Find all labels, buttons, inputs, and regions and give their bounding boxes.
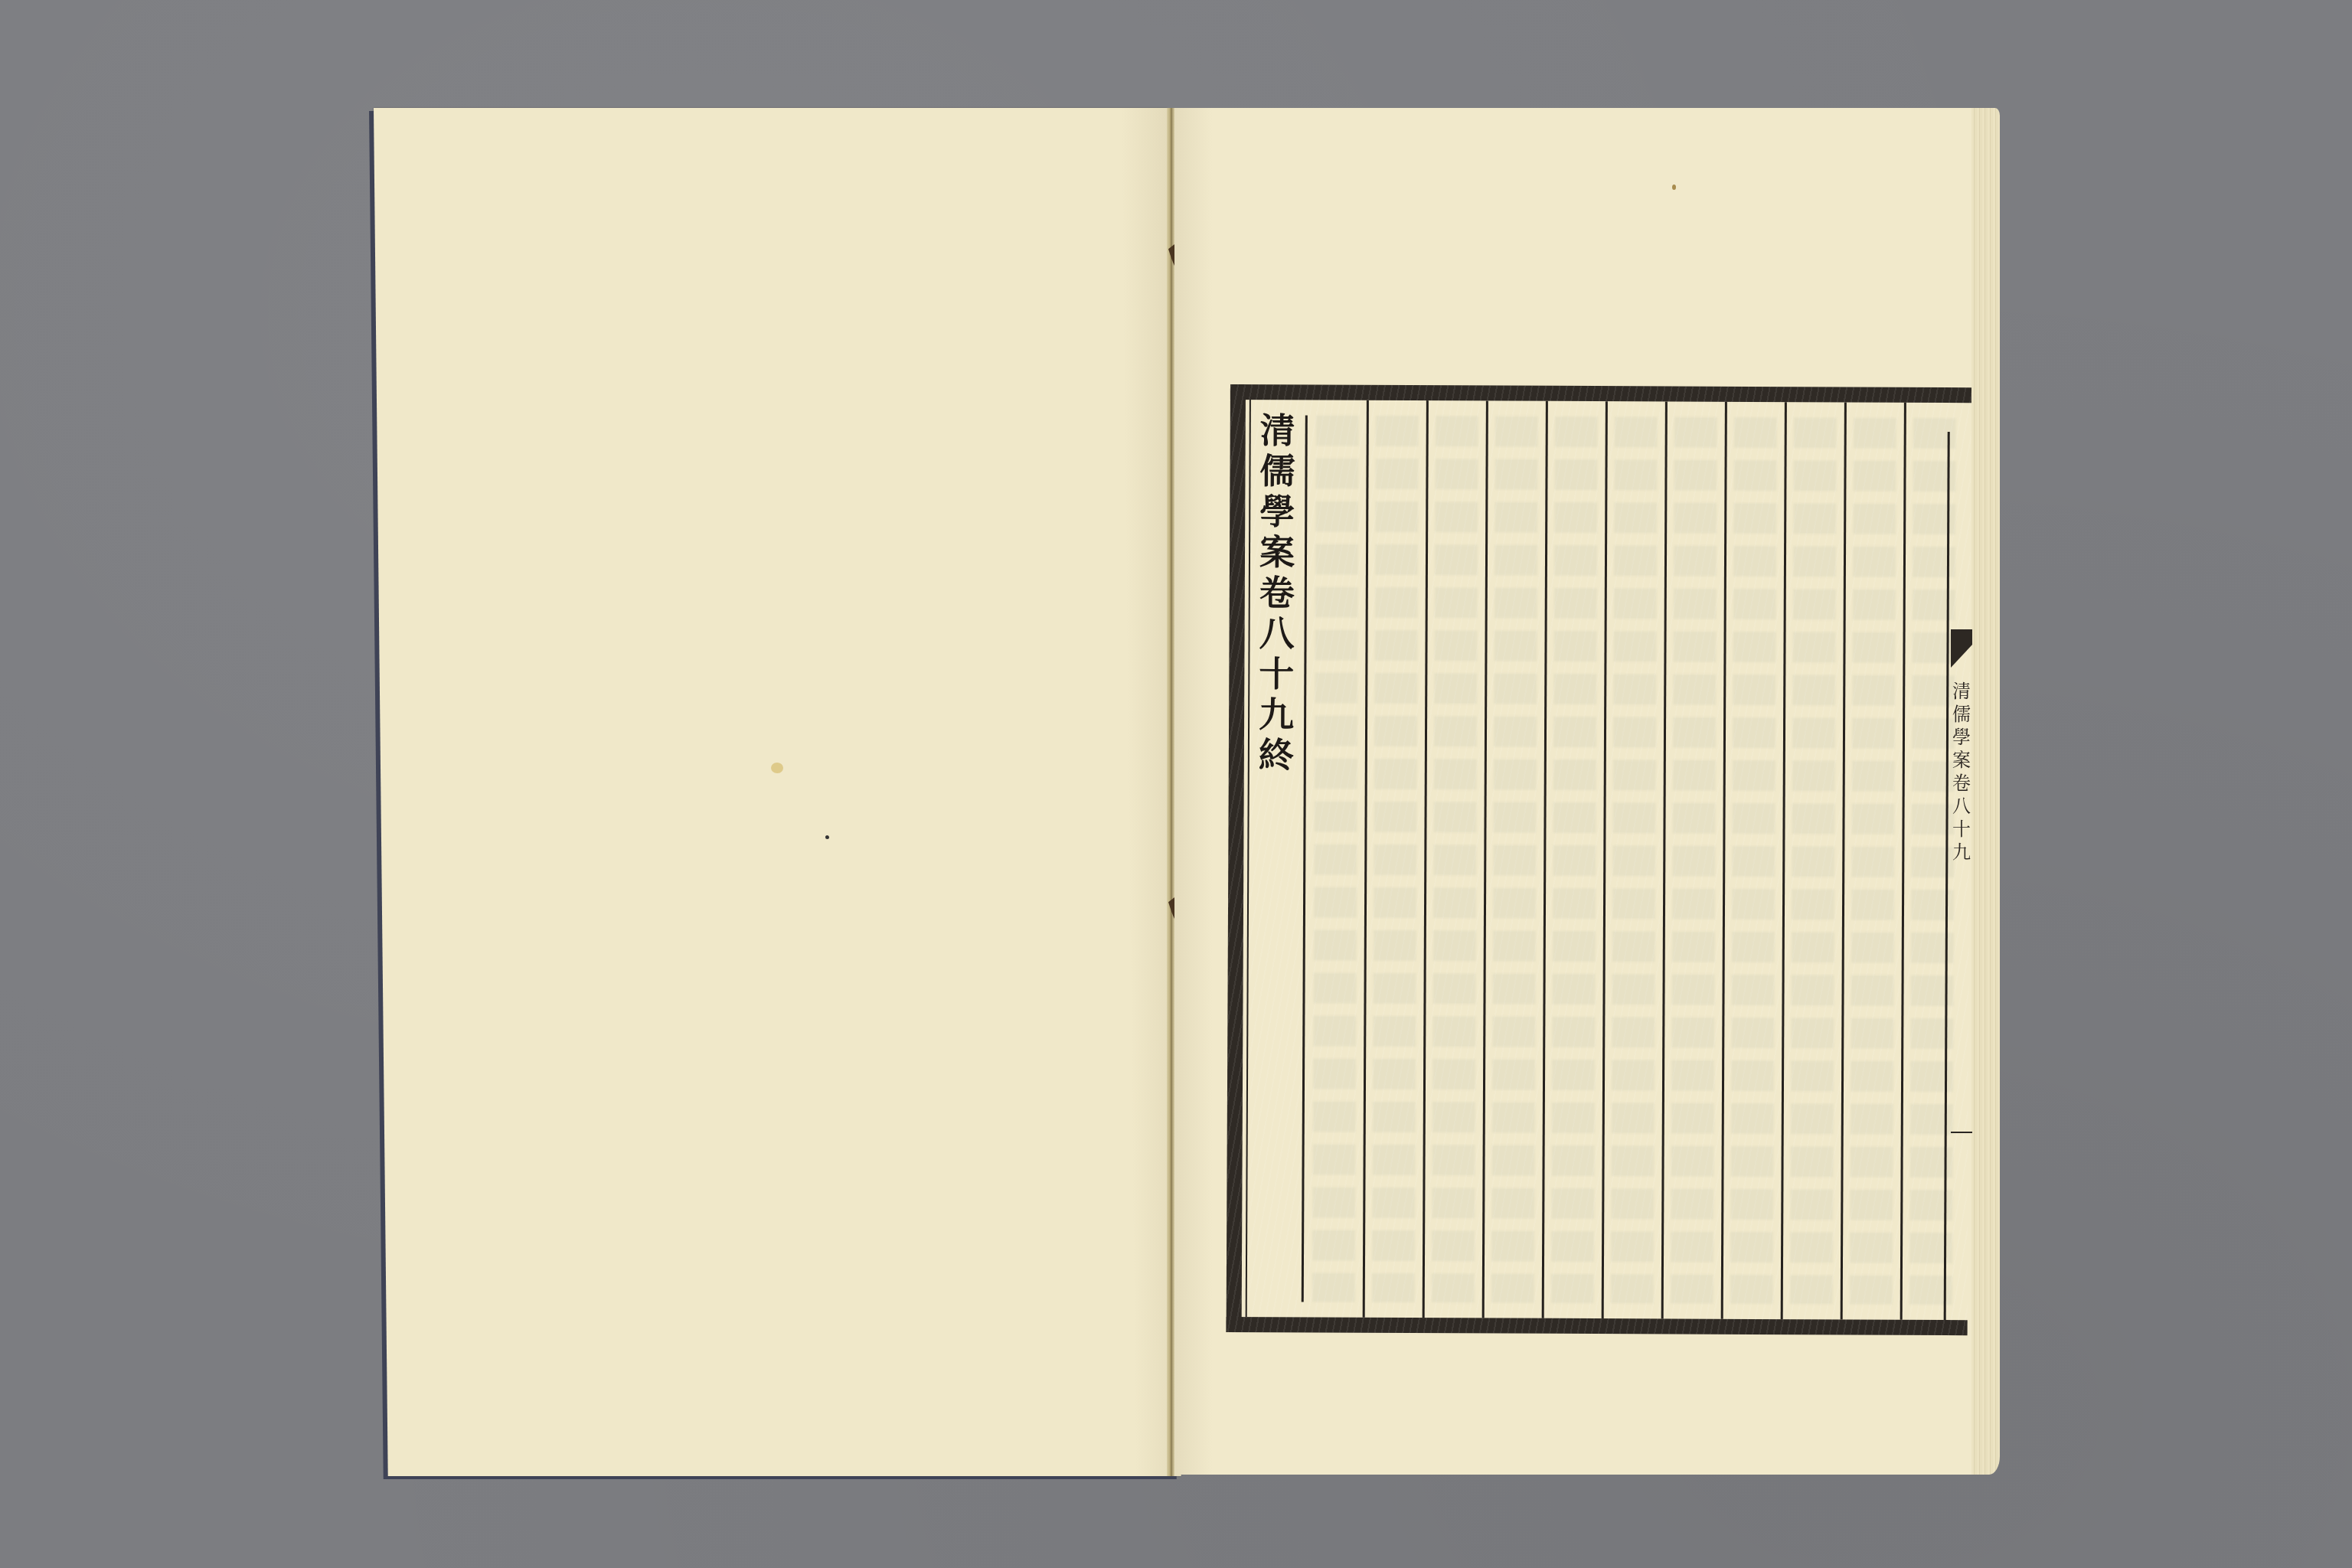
paper-speck: [1672, 185, 1676, 190]
show-through-text: [1491, 416, 1538, 1303]
banxin-char: 案: [1952, 749, 1971, 772]
column-rule: [1302, 415, 1308, 1302]
title-char: 清: [1260, 410, 1295, 451]
show-through-text: [1790, 417, 1837, 1304]
banxin-char: 八: [1952, 795, 1971, 818]
column-rule: [1542, 401, 1548, 1318]
banxin-char: 卷: [1952, 772, 1971, 795]
column-rule: [1423, 400, 1429, 1318]
banxin-lower-mark: [1951, 1112, 1972, 1133]
show-through-text: [1551, 416, 1598, 1303]
book-gutter: [1167, 108, 1174, 1476]
column-rule: [1721, 402, 1727, 1319]
column-rule: [1841, 402, 1847, 1319]
column-rule: [1781, 402, 1787, 1319]
column-rule: [1246, 400, 1251, 1317]
title-char: 卷: [1259, 573, 1295, 613]
left-page: [374, 108, 1181, 1476]
title-char: 儒: [1259, 451, 1295, 492]
paper-speck: [825, 835, 829, 839]
printed-frame: 清 儒 學 案 卷 八 十 九 終: [1227, 384, 1971, 1335]
volume-end-title: 清 儒 學 案 卷 八 十 九 終: [1253, 410, 1301, 776]
column-rule: [1900, 403, 1906, 1320]
column-rule: [1363, 400, 1369, 1318]
show-through-text: [1372, 416, 1419, 1302]
banxin-char: 學: [1952, 726, 1971, 749]
banxin-char: 十: [1952, 818, 1971, 841]
banxin-title: 清 儒 學 案 卷 八 十 九: [1951, 680, 1972, 864]
column-rule: [1602, 401, 1608, 1318]
banxin-char: 九: [1952, 841, 1971, 864]
title-char: 案: [1259, 532, 1295, 573]
show-through-text: [1671, 417, 1717, 1304]
column-rule: [1482, 400, 1488, 1318]
title-char: 終: [1259, 735, 1294, 776]
show-through-text: [1730, 417, 1777, 1304]
show-through-text: [1312, 415, 1359, 1302]
banxin-char: 儒: [1952, 703, 1971, 726]
column-rule: [1661, 401, 1668, 1318]
banxin: 清 儒 學 案 卷 八 十 九: [1951, 398, 1974, 1325]
fore-edge: [1971, 108, 2000, 1475]
banxin-char: 清: [1952, 680, 1971, 703]
show-through-text: [1850, 418, 1896, 1305]
title-char: 九: [1259, 694, 1294, 735]
title-char: 八: [1259, 613, 1294, 654]
paper-stain: [771, 763, 783, 773]
show-through-text: [1611, 416, 1658, 1303]
show-through-text: [1432, 416, 1478, 1302]
fishtail-marker: [1951, 629, 1972, 668]
title-char: 學: [1259, 492, 1295, 532]
title-char: 十: [1259, 654, 1294, 694]
